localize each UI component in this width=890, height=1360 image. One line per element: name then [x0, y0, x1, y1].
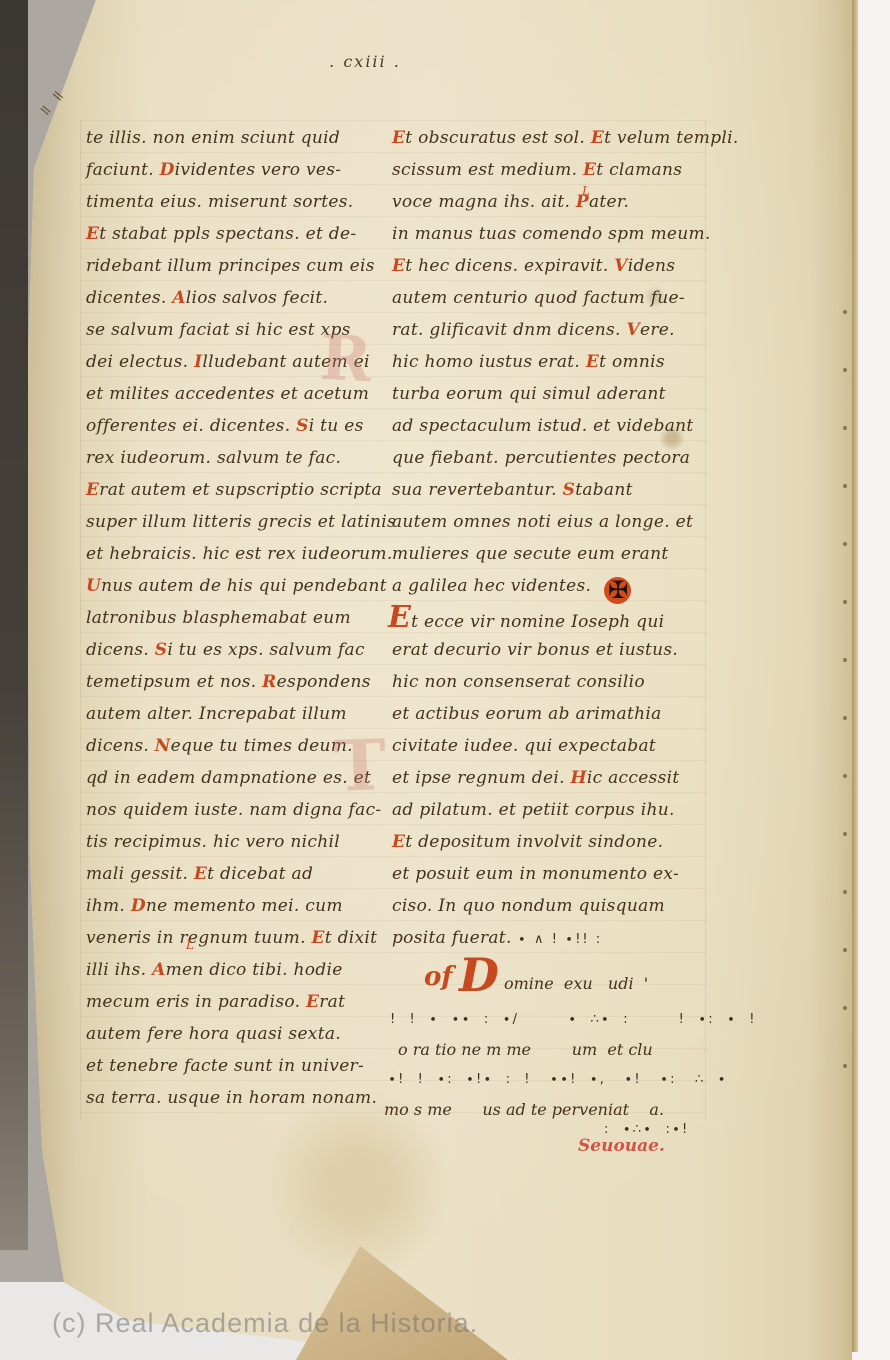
- text-line: ciso. In quo nondum quisquam: [392, 890, 704, 922]
- manuscript-photo: = = . cxiii . te illis. non enim sciunt …: [0, 0, 890, 1360]
- chant-text-line: mo s me us ad te perveniat a.: [384, 1100, 664, 1119]
- text-line: ridebant illum principes cum eis: [86, 250, 388, 282]
- text-line: in manus tuas comendo spm meum.: [392, 218, 704, 250]
- text-line: Unus autem de his qui pendebant: [86, 570, 388, 602]
- text-line: Et ecce vir nomine Ioseph qui: [392, 602, 704, 634]
- text-line: Et stabat ppls spectans. et de-: [86, 218, 388, 250]
- pricking-hole: [843, 658, 847, 662]
- text-line: ihm. Dne memento mei. cum: [86, 890, 388, 922]
- chant-text-line: omine exu udi ': [504, 974, 648, 993]
- text-line: super illum litteris grecis et latinis: [86, 506, 388, 538]
- correction-mark: L: [186, 938, 194, 952]
- text-line: dicentes. Alios salvos fecit.: [86, 282, 388, 314]
- text-line: illi ihs. Amen dico tibi. hodie: [86, 954, 388, 986]
- pricking-hole: [843, 484, 847, 488]
- text-line: a galilea hec videntes.: [392, 570, 704, 602]
- text-line: et hebraicis. hic est rex iudeorum.: [86, 538, 388, 570]
- text-line: que fiebant. percutientes pectora: [392, 442, 704, 474]
- text-line: turba eorum qui simul aderant: [392, 378, 704, 410]
- pricking-hole: [843, 368, 847, 372]
- text-line: hic non consenserat consilio: [392, 666, 704, 698]
- pricking-holes: [843, 0, 849, 1360]
- text-line: rat. glificavit dnm dicens. Vere.: [392, 314, 704, 346]
- text-line: te illis. non enim sciunt quid: [86, 122, 388, 154]
- text-line: et actibus eorum ab arimathia: [392, 698, 704, 730]
- text-line: et tenebre facte sunt in univer-: [86, 1050, 388, 1082]
- pricking-hole: [843, 948, 847, 952]
- text-line: mulieres que secute eum erant: [392, 538, 704, 570]
- folio-number: . cxiii .: [300, 52, 430, 71]
- pricking-hole: [843, 426, 847, 430]
- text-line: veneris in regnum tuum. Et dixit: [86, 922, 388, 954]
- pricking-hole: [843, 1006, 847, 1010]
- text-line: offerentes ei. dicentes. Si tu es: [86, 410, 388, 442]
- text-line: mecum eris in paradiso. Erat: [86, 986, 388, 1018]
- text-line: temetipsum et nos. Respondens: [86, 666, 388, 698]
- text-line: ad spectaculum istud. et videbant: [392, 410, 704, 442]
- pricking-hole: [843, 832, 847, 836]
- text-line: et ipse regnum dei. Hic accessit: [392, 762, 704, 794]
- text-line: sa terra. usque in horam nonam.: [86, 1082, 388, 1114]
- text-line: Erat autem et supscriptio scripta: [86, 474, 388, 506]
- copyright-watermark: (c) Real Academia de la Historia.: [52, 1308, 478, 1339]
- text-line: Et depositum involvit sindone.: [392, 826, 704, 858]
- text-line: timenta eius. miserunt sortes.: [86, 186, 388, 218]
- text-line: et posuit eum in monumento ex-: [392, 858, 704, 890]
- book-spine-gutter: [0, 0, 28, 1250]
- pricking-hole: [843, 774, 847, 778]
- text-line: dicens. Si tu es xps. salvum fac: [86, 634, 388, 666]
- neume-row: : ∙∴∙ :∙!: [604, 1122, 689, 1137]
- text-line: tis recipimus. hic vero nichil: [86, 826, 388, 858]
- chant-text-line: o ra tio ne m me um et clu: [398, 1040, 653, 1059]
- chant-initial-d: D: [459, 952, 499, 998]
- text-line: latronibus blasphemabat eum: [86, 602, 388, 634]
- red-cross-ornament: ✠: [600, 576, 636, 606]
- text-line: Et obscuratus est sol. Et velum templi.: [392, 122, 704, 154]
- neume-row: ! ! ∙ ∙∙ : ∙/ ∙ ∴∙ : ! ∙: ∙ !: [390, 1012, 757, 1027]
- offertory-rubric: of: [424, 962, 453, 992]
- text-line: ad pilatum. et petiit corpus ihu.: [392, 794, 704, 826]
- text-line: civitate iudee. qui expectabat: [392, 730, 704, 762]
- text-line: voce magna ihs. ait. Pater.: [392, 186, 704, 218]
- text-line: autem omnes noti eius a longe. et: [392, 506, 704, 538]
- cross-icon: ✠: [600, 575, 636, 605]
- text-line: autem fere hora quasi sexta.: [86, 1018, 388, 1050]
- text-line: rex iudeorum. salvum te fac.: [86, 442, 388, 474]
- text-line: posita fuerat. ∙ ∧ ! ∙!! :: [392, 922, 704, 954]
- text-line: scissum est medium. Et clamans: [392, 154, 704, 186]
- pricking-hole: [843, 542, 847, 546]
- text-column-right: Et obscuratus est sol. Et velum templi.s…: [392, 122, 704, 954]
- text-column-left: te illis. non enim sciunt quidfaciunt. D…: [86, 122, 388, 1114]
- showthrough-letter-lower: T: [333, 723, 388, 808]
- correction-mark: L: [582, 184, 590, 198]
- text-line: Et hec dicens. expiravit. Videns: [392, 250, 704, 282]
- evovae-label: Seuouae.: [578, 1136, 665, 1156]
- pricking-hole: [843, 890, 847, 894]
- showthrough-letter-upper: R: [318, 321, 373, 397]
- text-line: autem centurio quod factum fue-: [392, 282, 704, 314]
- text-line: mali gessit. Et dicebat ad: [86, 858, 388, 890]
- text-line: hic homo iustus erat. Et omnis: [392, 346, 704, 378]
- pricking-hole: [843, 310, 847, 314]
- pricking-hole: [843, 600, 847, 604]
- pricking-hole: [843, 716, 847, 720]
- pricking-hole: [843, 1064, 847, 1068]
- neume-row: ∙! ! ∙: ∙!∙ : ! ∙∙! ∙, ∙! ∙: ∴ ∙: [388, 1072, 728, 1087]
- text-line: faciunt. Dividentes vero ves-: [86, 154, 388, 186]
- text-line: sua revertebantur. Stabant: [392, 474, 704, 506]
- text-line: erat decurio vir bonus et iustus.: [392, 634, 704, 666]
